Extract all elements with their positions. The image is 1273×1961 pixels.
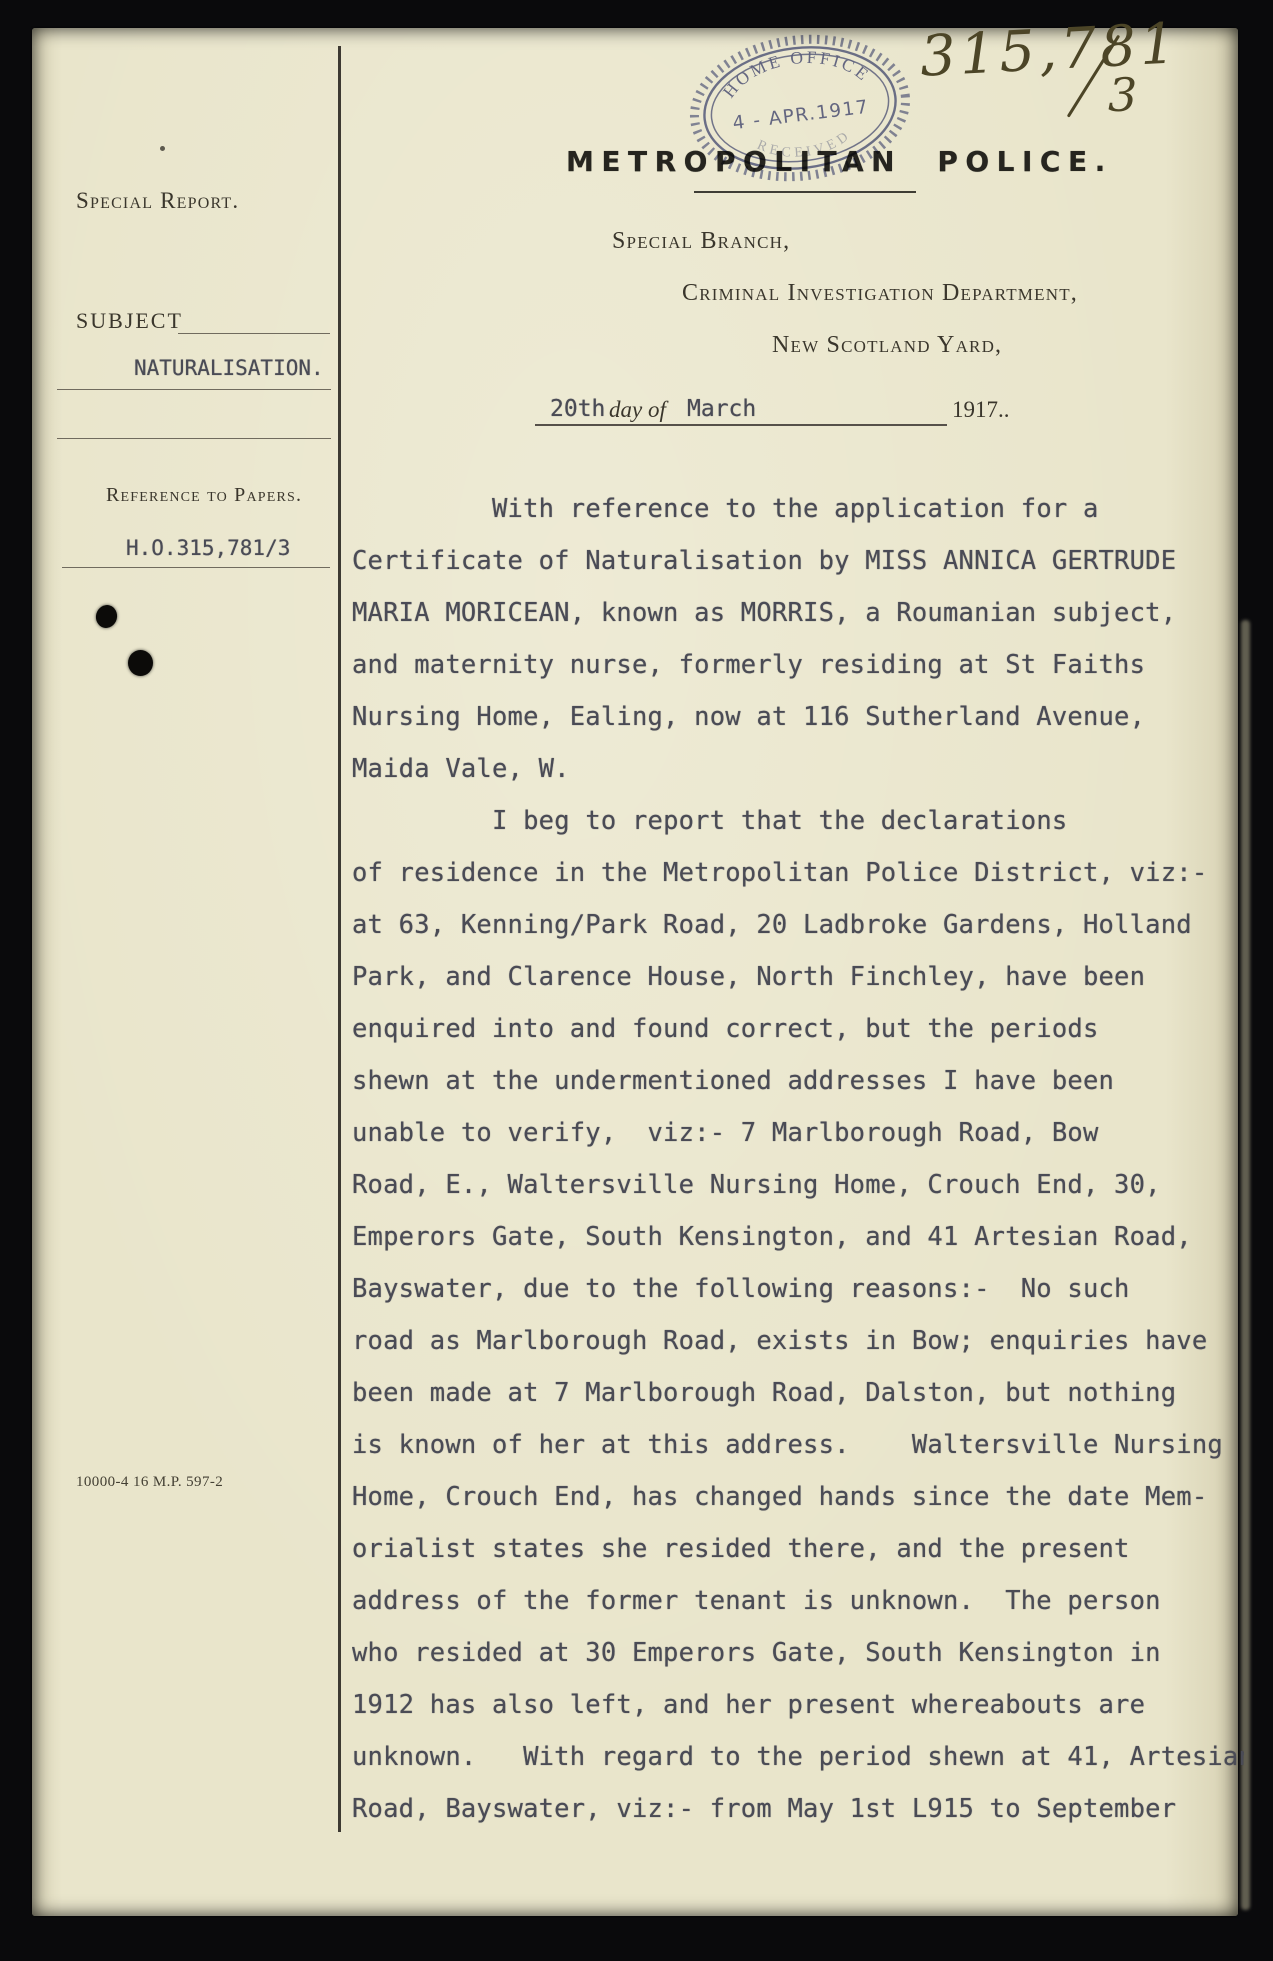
document-photo: Special Report. SUBJECT NATURALISATION. … bbox=[0, 0, 1273, 1961]
body-line: and maternity nurse, formerly residing a… bbox=[352, 650, 1244, 702]
body-line: Emperors Gate, South Kensington, and 41 … bbox=[352, 1222, 1244, 1274]
body-line: is known of her at this address. Walters… bbox=[352, 1430, 1244, 1482]
body-line: Home, Crouch End, has changed hands sinc… bbox=[352, 1482, 1244, 1534]
body-line: Bayswater, due to the following reasons:… bbox=[352, 1274, 1244, 1326]
body-line: enquired into and found correct, but the… bbox=[352, 1014, 1244, 1066]
body-line: orialist states she resided there, and t… bbox=[352, 1534, 1244, 1586]
body-line: I beg to report that the declarations bbox=[352, 806, 1273, 858]
reference-underline bbox=[62, 567, 330, 568]
reference-number: H.O.315,781/3 bbox=[126, 536, 290, 560]
ink-speck bbox=[160, 146, 165, 151]
date-month: March bbox=[687, 396, 756, 422]
body-line: 1912 has also left, and her present wher… bbox=[352, 1690, 1244, 1742]
letterhead-address: New Scotland Yard, bbox=[772, 332, 1002, 359]
date-day-of-label: day of bbox=[609, 397, 666, 423]
body-line: at 63, KenningtonPark Road, 20 Ladbroke … bbox=[352, 910, 1244, 962]
subject-value: NATURALISATION. bbox=[134, 356, 324, 380]
body-line: unknown. With regard to the period shewn… bbox=[352, 1742, 1244, 1794]
body-line: Park, and Clarence House, North Finchley… bbox=[352, 962, 1244, 1014]
body-line: address of the former tenant is unknown.… bbox=[352, 1586, 1244, 1638]
body-line: been made at 7 Marlborough Road, Dalston… bbox=[352, 1378, 1244, 1430]
body-line: who resided at 30 Emperors Gate, South K… bbox=[352, 1638, 1244, 1690]
body-line: unable to verify, viz:- 7 Marlborough Ro… bbox=[352, 1118, 1244, 1170]
date-line: 20th day of March bbox=[535, 394, 947, 426]
body-line: Maida Vale, W. bbox=[352, 754, 1244, 806]
reference-to-papers-label: Reference to Papers. bbox=[106, 484, 302, 507]
body-line: MARIA MORICEAN, known as MORRIS, a Rouma… bbox=[352, 598, 1244, 650]
body-lines: With reference to the application for aC… bbox=[352, 494, 1244, 1846]
letterhead-branch: Special Branch, bbox=[612, 228, 790, 255]
body-line: shewn at the undermentioned addresses I … bbox=[352, 1066, 1244, 1118]
report-type-label: Special Report. bbox=[76, 188, 239, 214]
ruled-line bbox=[57, 389, 331, 390]
inserted-text: ton bbox=[564, 910, 603, 913]
svg-text:HOME OFFICE: HOME OFFICE bbox=[715, 38, 877, 103]
title-rule bbox=[694, 191, 916, 193]
home-office-date-stamp: HOME OFFICE 4 - APR.1917 RECEIVED bbox=[684, 30, 916, 186]
margin-rule bbox=[338, 46, 341, 1832]
body-line: Nursing Home, Ealing, now at 116 Sutherl… bbox=[352, 702, 1244, 754]
subject-label: SUBJECT bbox=[76, 308, 183, 334]
date-year: 1917.. bbox=[952, 397, 1010, 423]
form-print-code: 10000-4 16 M.P. 597-2 bbox=[76, 1474, 223, 1491]
body-line: road as Marlborough Road, exists in Bow;… bbox=[352, 1326, 1244, 1378]
stamp-date-text: 4 - APR.1917 bbox=[732, 97, 871, 135]
handwritten-file-suffix: 3 bbox=[1108, 68, 1137, 122]
body-line: Road, Bayswater, viz:- from May 1st L915… bbox=[352, 1794, 1244, 1846]
body-line: of residence in the Metropolitan Police … bbox=[352, 858, 1244, 910]
letterhead-department: Criminal Investigation Department, bbox=[682, 280, 1078, 307]
date-day: 20th bbox=[550, 396, 605, 422]
handwritten-file-number: 315,781 bbox=[918, 11, 1181, 89]
punch-hole bbox=[128, 650, 153, 676]
subject-underline bbox=[178, 333, 330, 334]
caret-insertion: ton bbox=[570, 910, 586, 940]
body-line: Certificate of Naturalisation by MISS AN… bbox=[352, 546, 1244, 598]
stamp-arc-top-text: HOME OFFICE bbox=[715, 38, 877, 103]
ruled-line bbox=[57, 438, 331, 439]
body-line: With reference to the application for a bbox=[352, 494, 1273, 546]
body-line: Road, E., Waltersville Nursing Home, Cro… bbox=[352, 1170, 1244, 1222]
